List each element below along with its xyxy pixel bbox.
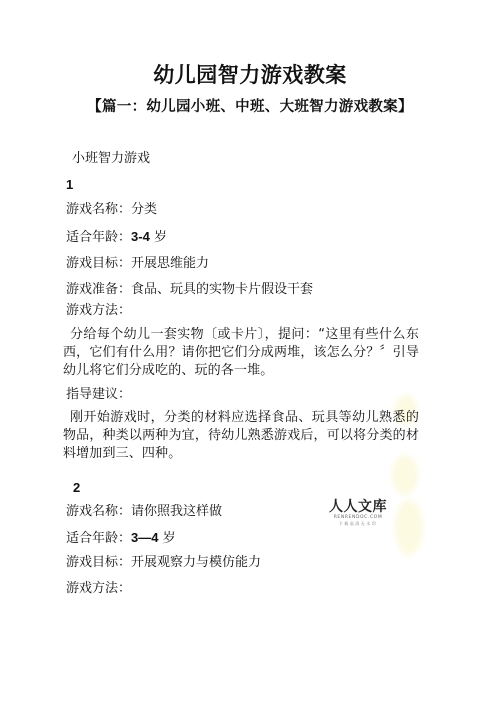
game-prep-value: 食品、玩具的实物卡片假设干套 <box>131 282 313 297</box>
game-age-unit: 岁 <box>150 230 167 245</box>
watermark-stain <box>395 500 423 555</box>
game-name-value: 请你照我这样做 <box>131 504 222 519</box>
game-goal-value: 开展观察力与模仿能力 <box>131 555 261 570</box>
game-advice-text: 刚开始游戏时，分类的材料应选择食品、玩具等幼儿熟悉的物品，种类以两种为宜，待幼儿… <box>63 409 419 463</box>
game-prep-row: 游戏准备：食品、玩具的实物卡片假设干套 <box>66 281 313 298</box>
game-goal-value: 开展思维能力 <box>131 256 209 271</box>
document-page: 幼儿园智力游戏教案 【篇一：幼儿园小班、中班、大班智力游戏教案】 小班智力游戏 … <box>0 0 500 707</box>
game-age-row: 适合年龄：3—4 岁 <box>66 529 176 547</box>
game-advice-label: 指导建议： <box>66 386 131 403</box>
game-age-value: 3-4 <box>131 229 150 244</box>
game-age-label: 适合年龄： <box>66 230 131 245</box>
watermark-main: 人人文库 <box>323 500 393 515</box>
game-name-label: 游戏名称： <box>66 202 131 217</box>
game-name-row: 游戏名称：请你照我这样做 <box>66 503 222 520</box>
game-age-label: 适合年龄： <box>66 531 131 546</box>
watermark-tagline: 下载高清无水印 <box>323 521 393 526</box>
game-goal-row: 游戏目标：开展思维能力 <box>66 255 209 272</box>
game-method-label: 游戏方法： <box>66 302 131 319</box>
watermark-logo: 人人文库 RENRENDOC.COM 下载高清无水印 <box>323 500 393 526</box>
game-age-value: 3—4 <box>131 530 158 545</box>
game-age-unit: 岁 <box>158 531 175 546</box>
game-goal-row: 游戏目标：开展观察力与模仿能力 <box>66 554 261 571</box>
document-subtitle: 【篇一：幼儿园小班、中班、大班智力游戏教案】 <box>0 97 500 117</box>
document-title: 幼儿园智力游戏教案 <box>0 62 500 88</box>
game-prep-label: 游戏准备： <box>66 282 131 297</box>
game-goal-label: 游戏目标： <box>66 555 131 570</box>
section-heading: 小班智力游戏 <box>72 150 150 167</box>
game-method-text: 分给每个幼儿一套实物〔或卡片〕，提问：“这里有些什么东西，它们有什么用？请你把它… <box>63 326 419 380</box>
game-name-value: 分类 <box>131 202 157 217</box>
game-method-label: 游戏方法： <box>66 580 131 597</box>
game-number: 2 <box>73 479 80 496</box>
game-goal-label: 游戏目标： <box>66 256 131 271</box>
game-number: 1 <box>66 176 73 193</box>
game-name-row: 游戏名称：分类 <box>66 201 157 218</box>
game-name-label: 游戏名称： <box>66 504 131 519</box>
game-age-row: 适合年龄：3-4 岁 <box>66 228 167 246</box>
